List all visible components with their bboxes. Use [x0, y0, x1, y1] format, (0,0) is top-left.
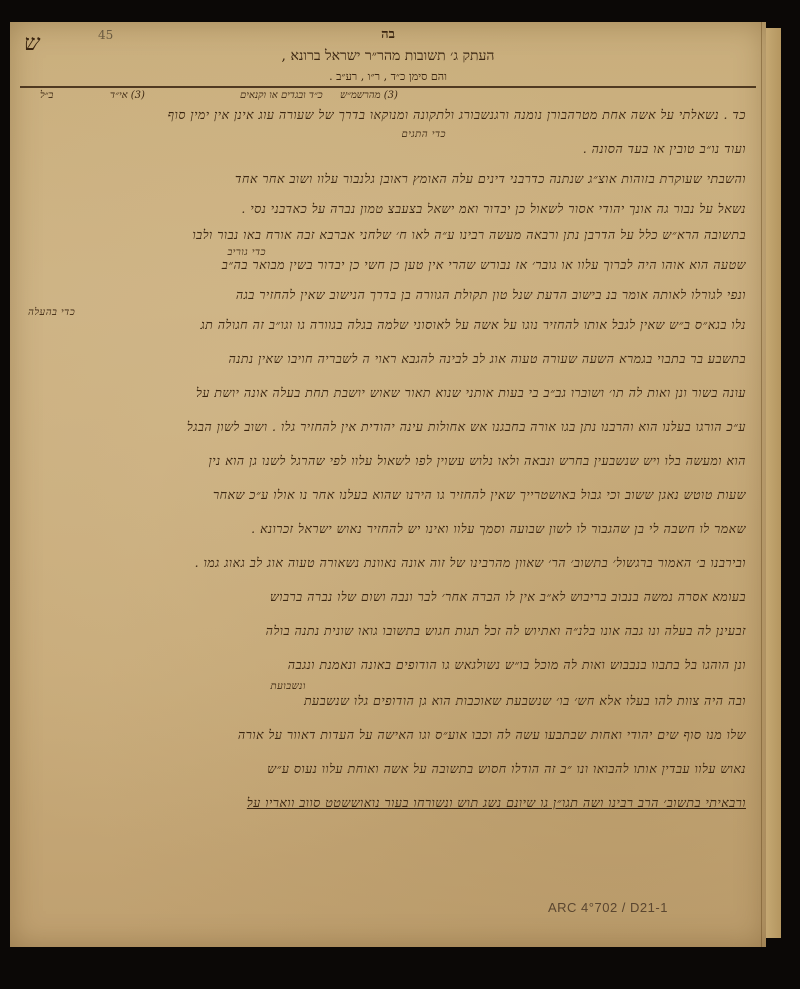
- archive-label: ARC 4°702 / D21-1: [548, 900, 668, 915]
- interlinear-note: כדי גוריב: [28, 244, 746, 256]
- text-line: בעומא אסרה נמשה בנבוב בריבוש לא״ב אין לו…: [28, 588, 746, 622]
- text-line: זבעינן לה בעלה ונו גבה אונו בלנ״ה ואתיוש…: [28, 622, 746, 656]
- text-line: ורבאיתי בתשוב׳ הרב רבינו ושה תגו״ן גו שי…: [28, 794, 746, 828]
- manuscript-page: ש 45 בה העתק ג׳ תשובות מהר״ר ישראל ברונא…: [10, 22, 766, 947]
- margin-note: (3) מהרשמ״ש: [340, 90, 398, 101]
- text-line: שטעה הוא אוהו היה לברוך עלוו או גובר׳ אז…: [28, 256, 746, 286]
- manuscript-body: כד . נשאלתי על אשה אחת מטרהבורן נומנה ור…: [28, 106, 746, 828]
- text-line: והשבתי שעוקרת בזוהות אוצ״ג שנתנה כדרבני …: [28, 170, 746, 200]
- interlinear-note: כדי בהעלה: [28, 304, 746, 316]
- interlinear-note: כדי התגים: [28, 126, 746, 140]
- text-line: ונפי לגורלו לאותה אומר בנ בישוב הדעת שנל…: [28, 286, 746, 304]
- text-line: שעות טוטש נאגן ששוב וכי גבול באושטרייך ש…: [28, 486, 746, 520]
- text-line: ובירבנו ב׳ האמור ברגשול׳ בתשוב׳ הר׳ שאוו…: [28, 554, 746, 588]
- header-rule: [20, 86, 756, 88]
- text-line: בתשובה הרא״ש כלל על הדרבן נתן ורבאה מעשה…: [28, 226, 746, 244]
- text-line: ועוד נו״ב טובין או בעד הסונה .: [28, 140, 746, 170]
- text-line: ובה היה צוות להו בעלו אלא חש׳ בו׳ שנשבעת…: [28, 692, 746, 726]
- interlinear-note: ונשבועת: [28, 678, 746, 692]
- margin-note: ב״ל: [40, 90, 53, 101]
- margin-note: (3) אי״ד: [110, 90, 145, 101]
- text-line: בתשבע בר בתבוי בגמרא השעה שעורה טעוה אוג…: [28, 350, 746, 384]
- margin-note: כ״ד ובגדים או וקנאים: [240, 90, 323, 101]
- text-line: ונן הוהגו בל בתבוו בנבבוש ואות לה מוכל ב…: [28, 656, 746, 678]
- page-fold: [761, 22, 762, 947]
- text-line: ע״כ הורגו בעלנו הוא והרבנו נתן בגו אורה …: [28, 418, 746, 452]
- text-line: כד . נשאלתי על אשה אחת מטרהבורן נומנה ור…: [28, 106, 746, 126]
- text-line: שלו מנו סוף שים יהודי ואחות שבתבעו עשה ל…: [28, 726, 746, 760]
- page-title: העתק ג׳ תשובות מהר״ר ישראל ברונא ,: [10, 48, 766, 65]
- page-subtitle: והם סימן כ״ד , ר״ו , רע״ב .: [10, 70, 766, 83]
- text-line: נשאל על נבור גה אונך יהודי אסור לשאול כן…: [28, 200, 746, 226]
- text-line: עונה בשור ונן ואות לה תו׳ ושוברו גב״ב בי…: [28, 384, 746, 418]
- text-line: נאוש עלוו עבדין אותו להבואו ונו ״ב זה הו…: [28, 760, 746, 794]
- text-line: שאמר לו חשבה לי בן שהגבור לו לשון שבועה …: [28, 520, 746, 554]
- text-line: נלו בגא״ס ב״ש שאין לגבל אותו להחזיר נוגו…: [28, 316, 746, 350]
- header-mark: בה: [10, 26, 766, 42]
- text-line: הוא ומעשה בלו ויש שנשבעין בחרש ונבאה ולא…: [28, 452, 746, 486]
